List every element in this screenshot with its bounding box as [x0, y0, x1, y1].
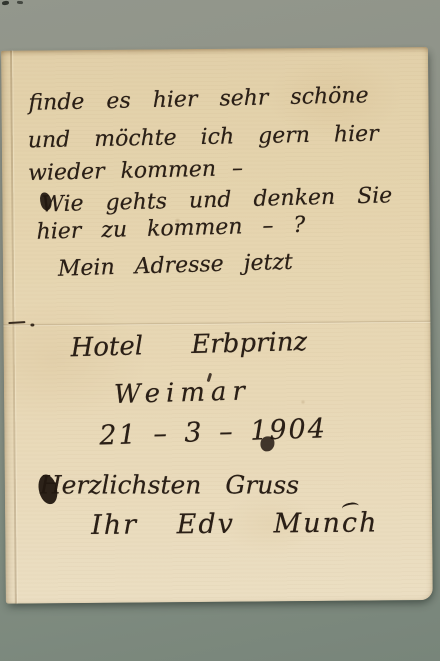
handwriting-line-5: hier zu kommen – ? — [36, 214, 305, 244]
valediction-line: Herzlichsten Gruss — [40, 472, 299, 498]
letter-paper: finde es hier sehr schöne und möchte ich… — [1, 47, 433, 604]
background-speck — [2, 1, 9, 6]
handwriting-line-6: Mein Adresse jetzt — [58, 251, 294, 281]
handwriting-line-3: wieder kommen – — [28, 157, 243, 185]
handwriting-line-1: finde es hier sehr schöne — [28, 84, 369, 115]
horizontal-fold-crease — [3, 320, 430, 327]
ink-blot-date-correction — [260, 436, 274, 451]
hotel-name-line: Hotel Erbprinz — [70, 329, 307, 362]
signature-line: Ihr Edv Munch — [91, 509, 379, 540]
paper-left-edge-fold — [10, 51, 17, 604]
photo-background: finde es hier sehr schöne und möchte ich… — [0, 0, 440, 661]
date-line: 21 – 3 – 1904 — [99, 415, 327, 450]
crease-ink-mark — [30, 323, 34, 326]
handwriting-line-2: und möchte ich gern hier — [28, 123, 379, 153]
city-line: Weimar — [114, 378, 252, 409]
handwriting-line-4: Wie gehts und denken Sie — [41, 184, 392, 216]
background-speck — [17, 1, 23, 5]
